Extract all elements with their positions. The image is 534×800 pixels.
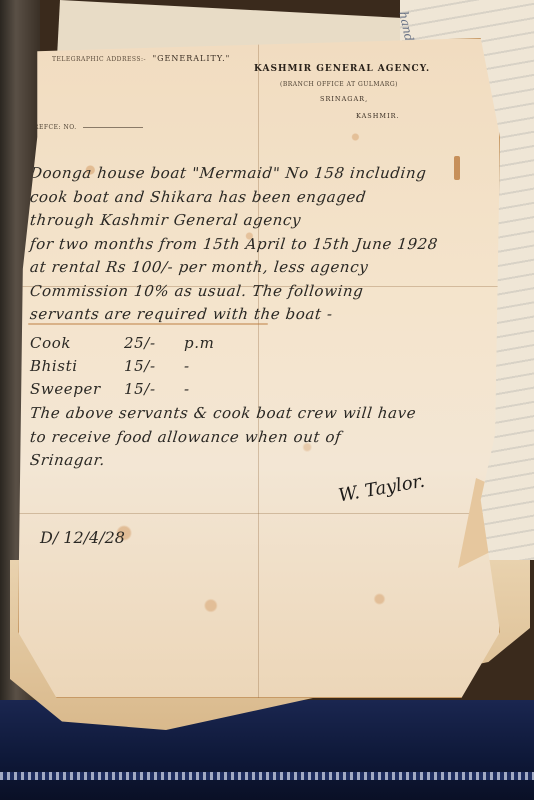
date: D/ 12/4/28 bbox=[40, 528, 125, 547]
letterhead: TELEGRAPHIC ADDRESS:- "GENERALITY." KASH… bbox=[18, 38, 500, 148]
body-line: Doonga house boat "Mermaid" No 158 inclu… bbox=[29, 162, 491, 186]
reference-number: REFCE: NO. bbox=[34, 124, 143, 131]
closing-line: The above servants & cook boat crew will… bbox=[29, 402, 418, 426]
branch-office: (BRANCH OFFICE AT GULMARG) bbox=[280, 81, 398, 88]
wages-list: Cook 25/- p.m Bhisti 15/- - Sweeper 15/-… bbox=[30, 332, 214, 401]
body-line: through Kashmir General agency bbox=[29, 209, 491, 233]
signature: W. Taylor. bbox=[337, 471, 427, 507]
telegraphic-value: "GENERALITY." bbox=[152, 54, 230, 63]
body-line: for two months from 15th April to 15th J… bbox=[29, 233, 491, 257]
closing-paragraph: The above servants & cook boat crew will… bbox=[30, 402, 416, 473]
wage-role: Cook bbox=[30, 332, 124, 355]
wage-amount: 15/- bbox=[124, 378, 184, 401]
wage-unit: p.m bbox=[184, 332, 214, 355]
wage-row: Cook 25/- p.m bbox=[30, 332, 214, 355]
body-line: cook boat and Shikara has been engaged bbox=[29, 186, 491, 210]
letter-body: Doonga house boat "Mermaid" No 158 inclu… bbox=[30, 162, 490, 327]
telegraphic-label: TELEGRAPHIC ADDRESS:- bbox=[52, 56, 146, 63]
reference-blank bbox=[83, 127, 143, 128]
closing-line: Srinagar. bbox=[29, 449, 418, 473]
wage-unit: - bbox=[184, 355, 190, 378]
reference-label: REFCE: NO. bbox=[34, 124, 77, 131]
wage-row: Bhisti 15/- - bbox=[30, 355, 214, 378]
body-line: Commission 10% as usual. The following bbox=[29, 280, 491, 304]
folder-zipper bbox=[0, 772, 534, 780]
wage-unit: - bbox=[184, 378, 190, 401]
city: SRINAGAR, bbox=[320, 95, 368, 103]
wage-amount: 15/- bbox=[124, 355, 184, 378]
telegraphic-address: TELEGRAPHIC ADDRESS:- "GENERALITY." bbox=[52, 54, 230, 63]
company-name: KASHMIR GENERAL AGENCY. bbox=[254, 64, 430, 74]
body-line: servants are required with the boat - bbox=[29, 303, 491, 327]
closing-line: to receive food allowance when out of bbox=[29, 426, 418, 450]
wage-row: Sweeper 15/- - bbox=[30, 378, 214, 401]
state: KASHMIR. bbox=[356, 112, 400, 120]
wage-amount: 25/- bbox=[124, 332, 184, 355]
wage-role: Bhisti bbox=[30, 355, 124, 378]
fold-line bbox=[18, 513, 500, 514]
wage-role: Sweeper bbox=[30, 378, 124, 401]
letter-document: TELEGRAPHIC ADDRESS:- "GENERALITY." KASH… bbox=[18, 38, 500, 698]
body-line: at rental Rs 100/- per month, less agenc… bbox=[29, 256, 491, 280]
